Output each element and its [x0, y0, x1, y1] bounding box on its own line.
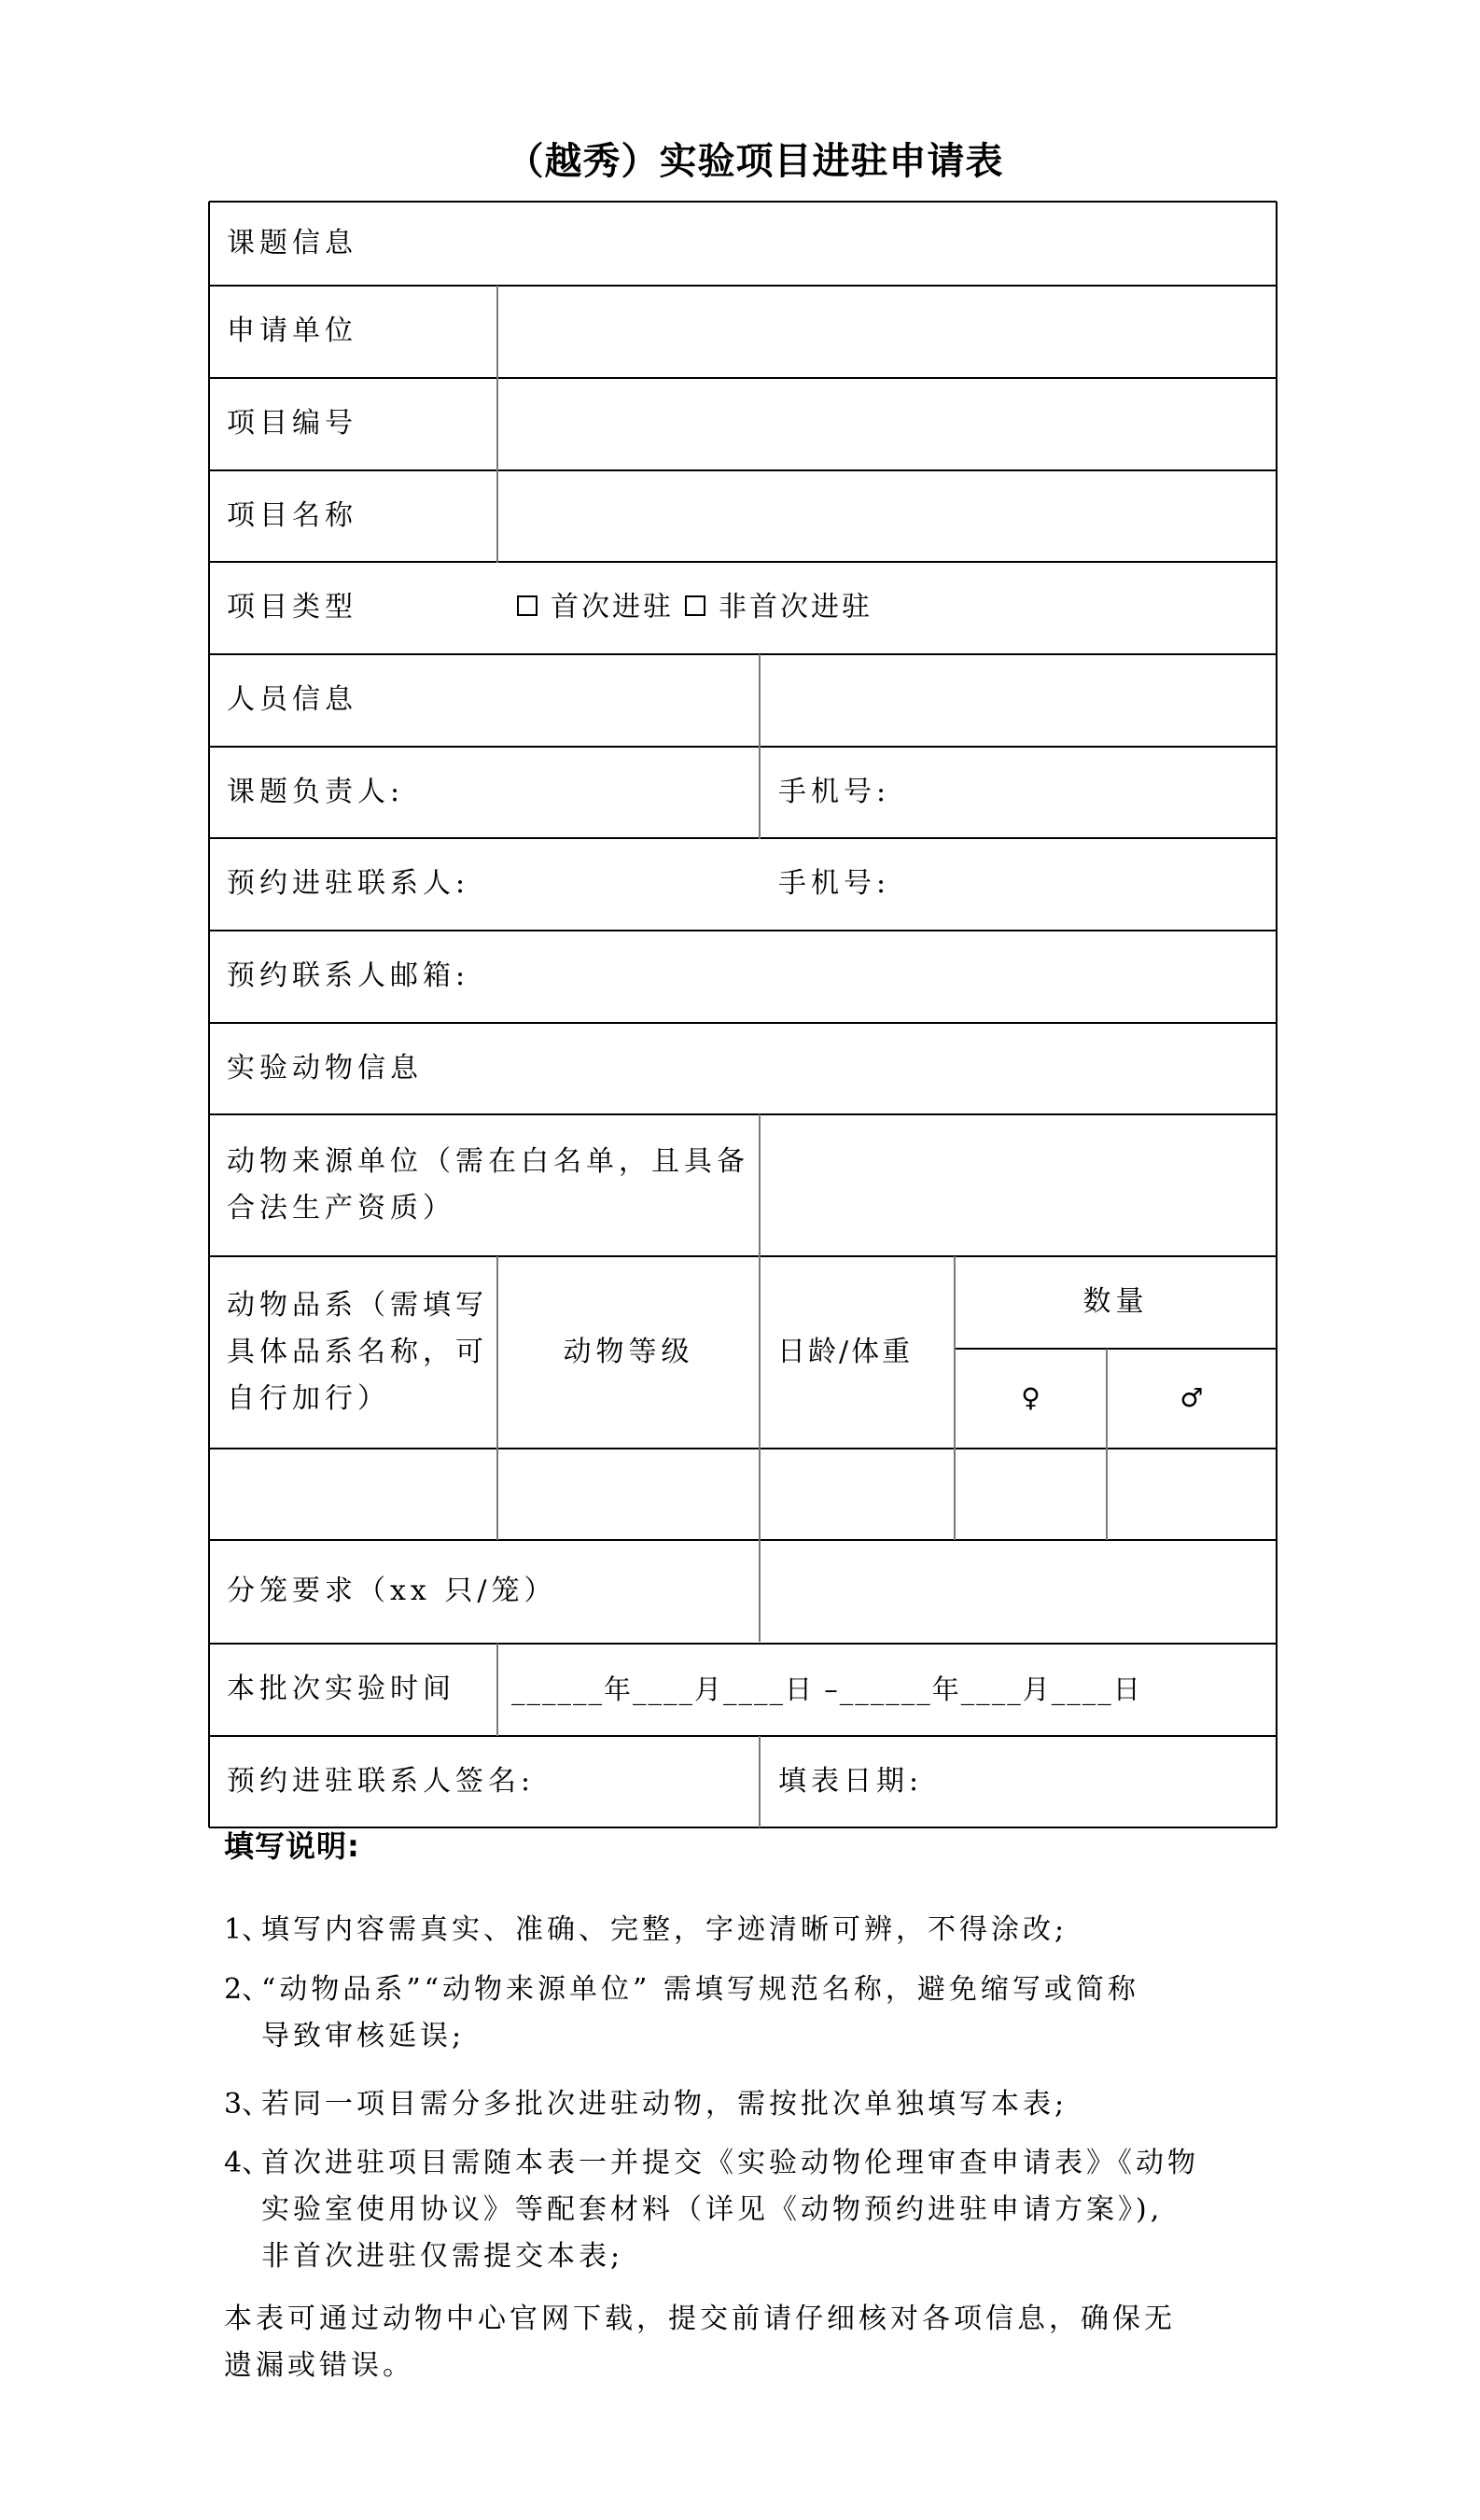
- project-name-field[interactable]: [498, 470, 1276, 561]
- age-weight-input[interactable]: [761, 1449, 954, 1539]
- section-personnel-info: 人员信息: [209, 654, 1277, 746]
- contact-email-label: 预约联系人邮箱:: [227, 953, 469, 1000]
- contact-person-label: 预约进驻联系人:: [227, 861, 469, 907]
- section-label: 课题信息: [227, 220, 357, 267]
- section-animal-info: 实验动物信息: [209, 1023, 1277, 1113]
- project-type-options: 首次进驻 非首次进驻: [498, 562, 1276, 653]
- female-header: ♀: [956, 1349, 1106, 1448]
- strain-header: 动物品系（需填写具体品系名称，可自行加行）: [209, 1256, 496, 1448]
- signature-label: 预约进驻联系人签名:: [227, 1758, 535, 1805]
- signature-field[interactable]: 预约进驻联系人签名:: [209, 1736, 759, 1827]
- experiment-period-label: 本批次实验时间: [209, 1644, 496, 1735]
- cage-requirement-label: 分笼要求（xx 只/笼）: [209, 1540, 759, 1643]
- male-count-input[interactable]: [1108, 1449, 1276, 1539]
- applicant-unit-field[interactable]: [498, 286, 1276, 377]
- quantity-header: 数量: [956, 1256, 1276, 1348]
- project-name-label: 项目名称: [209, 470, 496, 561]
- contact-email-field[interactable]: 预约联系人邮箱:: [209, 931, 1277, 1022]
- grade-header: 动物等级: [498, 1256, 759, 1448]
- instructions: 填写说明: 1、填写内容需真实、准确、完整，字迹清晰可辨，不得涂改; 2、“动物…: [224, 1827, 1297, 2406]
- female-icon: ♀: [1021, 1375, 1040, 1421]
- male-icon: ♂: [1180, 1375, 1203, 1421]
- male-header: ♂: [1108, 1349, 1276, 1448]
- instruction-item-3: 3、若同一项目需分多批次进驻动物，需按批次单独填写本表;: [224, 2081, 1288, 2128]
- project-no-field[interactable]: [498, 378, 1276, 469]
- checkbox-non-first-entry[interactable]: [685, 595, 705, 616]
- instructions-header: 填写说明:: [224, 1827, 360, 1865]
- strain-input[interactable]: [209, 1449, 496, 1539]
- cage-requirement-field[interactable]: [761, 1540, 1276, 1643]
- project-leader-field[interactable]: 课题负责人:: [209, 747, 759, 837]
- instruction-item-2: 2、“动物品系”“动物来源单位” 需填写规范名称，避免缩写或简称 导致审核延误;: [224, 1967, 1288, 2060]
- checkbox-first-entry[interactable]: [517, 595, 538, 616]
- grade-input[interactable]: [498, 1449, 759, 1539]
- leader-phone-label: 手机号:: [778, 769, 890, 816]
- contact-phone-label: 手机号:: [778, 861, 890, 907]
- applicant-unit-label: 申请单位: [209, 286, 496, 377]
- form-title: （越秀）实验项目进驻申请表: [209, 136, 1301, 187]
- instruction-footer: 本表可通过动物中心官网下载，提交前请仔细核对各项信息，确保无 遗漏或错误。: [224, 2296, 1288, 2389]
- project-leader-label: 课题负责人:: [227, 769, 404, 816]
- instruction-item-1: 1、填写内容需真实、准确、完整，字迹清晰可辨，不得涂改;: [224, 1907, 1288, 1953]
- leader-phone-field[interactable]: 手机号:: [761, 747, 1276, 837]
- experiment-period-field[interactable]: ______年____月____日 –______年____月____日: [498, 1644, 1276, 1735]
- option-non-first-entry[interactable]: 非首次进驻: [685, 584, 873, 631]
- section-project-info: 课题信息: [209, 202, 1277, 286]
- project-type-label: 项目类型: [209, 562, 496, 653]
- animal-source-field[interactable]: [761, 1114, 1276, 1255]
- contact-person-field[interactable]: 预约进驻联系人:: [209, 838, 759, 930]
- project-no-label: 项目编号: [209, 378, 496, 469]
- application-form-table: 课题信息 申请单位 项目编号 项目名称 项目类型 首次进驻 非首次进驻 人员信息: [209, 202, 1277, 1827]
- fill-date-field[interactable]: 填表日期:: [761, 1736, 1276, 1827]
- option-first-entry[interactable]: 首次进驻: [517, 584, 674, 631]
- contact-phone-field[interactable]: 手机号:: [761, 838, 1276, 930]
- female-count-input[interactable]: [956, 1449, 1106, 1539]
- animal-source-label: 动物来源单位（需在白名单，且具备合法生产资质）: [209, 1114, 759, 1255]
- fill-date-label: 填表日期:: [778, 1758, 923, 1805]
- instruction-item-4: 4、首次进驻项目需随本表一并提交《实验动物伦理审查申请表》《动物 实验室使用协议…: [224, 2140, 1288, 2280]
- age-weight-header: 日龄/体重: [761, 1256, 954, 1448]
